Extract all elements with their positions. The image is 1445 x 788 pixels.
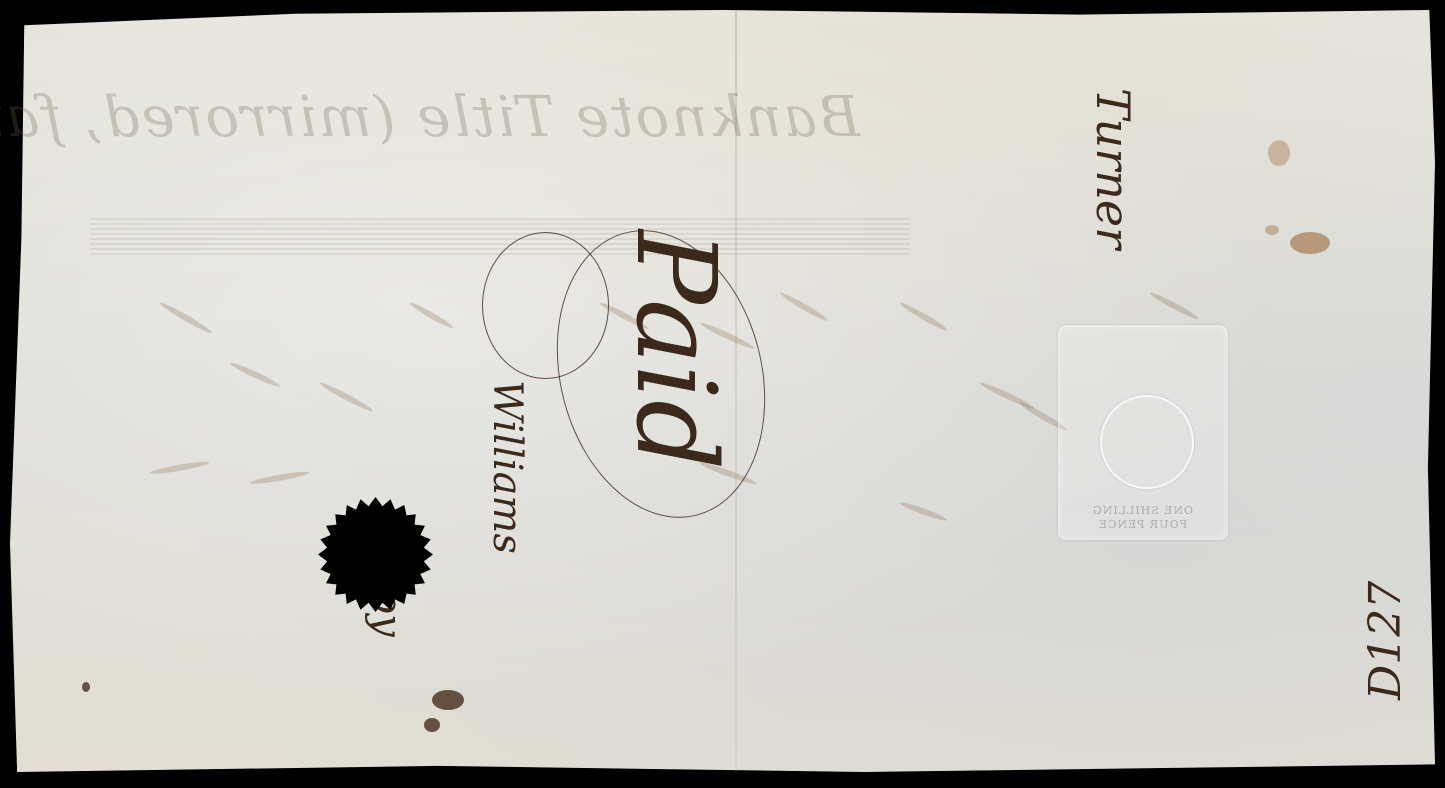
ink-blot — [424, 718, 440, 732]
stain — [1268, 140, 1290, 166]
ghost-engraved-band — [90, 218, 910, 258]
paid-annotation: Paid — [612, 230, 740, 470]
stain — [1290, 232, 1330, 254]
ink-blot — [432, 690, 464, 710]
stamp-line-1: ONE SHILLING — [1092, 504, 1193, 518]
signature-center: Williams — [484, 380, 530, 554]
embossed-duty-stamp: ONE SHILLING FOUR PENCE — [1058, 325, 1228, 540]
ghost-title-text: Banknote Title (mirrored, faint) — [300, 85, 860, 150]
cancellation-punch-hole — [318, 497, 433, 612]
ink-blot — [82, 682, 90, 692]
signature-right: Turner — [1086, 88, 1140, 249]
stamp-emblem-icon — [1100, 395, 1194, 489]
stain — [1265, 225, 1279, 235]
stamp-line-2: FOUR PENCE — [1098, 518, 1187, 532]
serial-annotation: D127 — [1360, 581, 1411, 700]
